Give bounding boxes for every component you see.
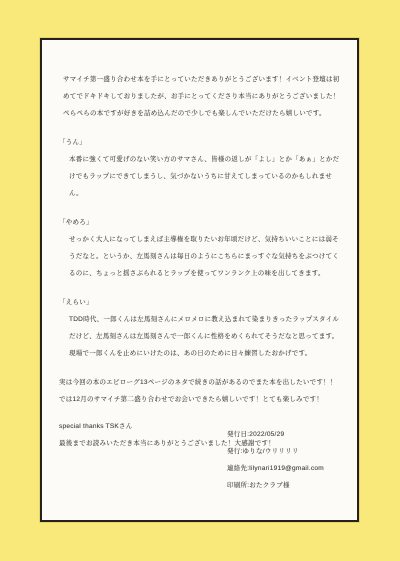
colophon-contact-email: 連絡先:lilynari1919@gmail.com: [227, 460, 324, 477]
story-title-1: 「うん」: [59, 134, 345, 151]
colophon: 発行日:2022/05/29 発行:ゆりな/ウリリリリ 連絡先:lilynari…: [227, 426, 324, 494]
story-note-3: TDD時代、一郎くんは左馬刻さんにメロメロに教え込まれて染まりきったラップスタイ…: [69, 311, 344, 362]
story-note-2: せっかく大人になってしまえば主導権を取りたいお年頃だけど、気持ちいいことには弱そ…: [69, 231, 344, 282]
colophon-printer: 印刷所:おたクラブ様: [227, 477, 324, 494]
afterword-intro: サマイチ第一盛り合わせ本を手にとっていただきありがとうございます！イベント登壇は…: [63, 71, 343, 122]
afterword-page: サマイチ第一盛り合わせ本を手にとっていただきありがとうございます！イベント登壇は…: [40, 38, 359, 522]
story-note-1: 本番に強くて可愛げのない笑い方のサマさん、皆様の返しが「よし」とか「あぁ」とかだ…: [69, 151, 344, 202]
afterword-content: サマイチ第一盛り合わせ本を手にとっていただきありがとうございます！イベント登壇は…: [42, 40, 357, 520]
announcement-line-2: では12月のサマイチ第二盛り合わせでお会いできたら嬉しいです！とても楽しみです！: [59, 391, 345, 408]
story-title-3: 「えらい」: [59, 294, 345, 311]
announcement-line-1: 実は今回の本のエピローグ13ページのネタで続きの話があるのでまた本を出したいです…: [59, 374, 345, 391]
story-title-2: 「やめろ」: [59, 214, 345, 231]
colophon-publisher: 発行:ゆりな/ウリリリリ: [227, 443, 324, 460]
colophon-issue-date: 発行日:2022/05/29: [227, 426, 324, 443]
announcements: 実は今回の本のエピローグ13ページのネタで続きの話があるのでまた本を出したいです…: [59, 374, 345, 408]
